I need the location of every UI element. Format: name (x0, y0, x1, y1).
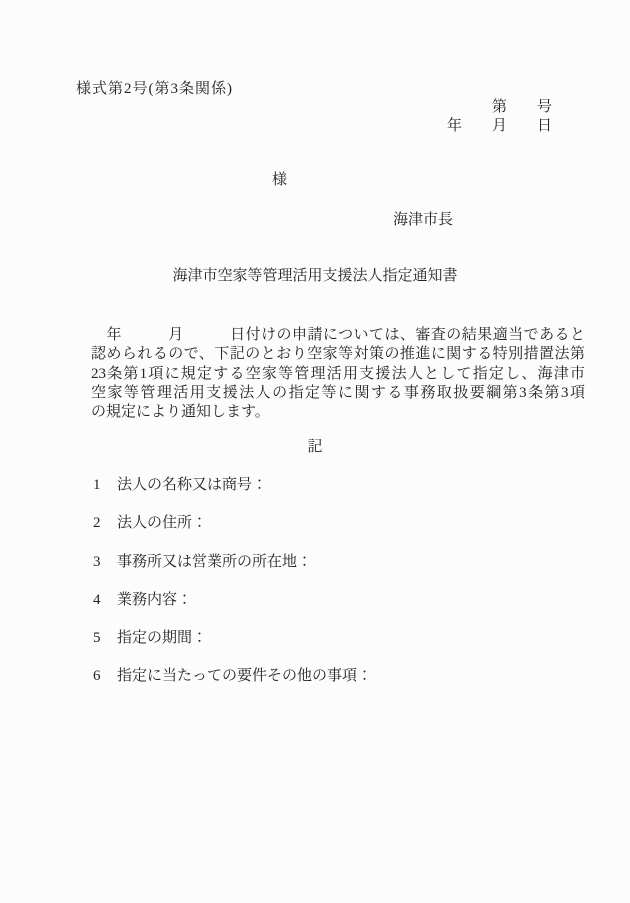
body-paragraph: 年 月 日付けの申請については、審査の結果適当であると 認められるので、下記のと… (91, 326, 585, 422)
document-number-placeholder: 第 号 (492, 99, 552, 115)
document-title: 海津市空家等管理活用支援法人指定通知書 (0, 268, 630, 284)
issue-date-placeholder: 年 月 日 (447, 118, 552, 134)
item-label: 業務内容： (117, 592, 192, 608)
list-item: 6指定に当たっての要件その他の事項： (93, 668, 372, 706)
item-number: 2 (93, 515, 117, 531)
list-item: 4業務内容： (93, 592, 372, 630)
item-label: 法人の住所： (117, 515, 207, 531)
items-list: 1法人の名称又は商号： 2法人の住所： 3事務所又は営業所の所在地： 4業務内容… (93, 477, 372, 707)
sender-mayor-name: 海津市長 (393, 212, 453, 228)
item-number: 3 (93, 554, 117, 570)
item-label: 指定に当たっての要件その他の事項： (117, 668, 372, 684)
body-line: 年 月 日付けの申請については、審査の結果適当であると (91, 326, 585, 345)
form-number-label: 様式第2号(第3条関係) (76, 81, 233, 97)
item-number: 4 (93, 592, 117, 608)
item-label: 指定の期間： (117, 630, 207, 646)
list-item: 1法人の名称又は商号： (93, 477, 372, 515)
body-line: 23条第1項に規定する空家等管理活用支援法人として指定し、海津市 (91, 365, 585, 384)
body-line: の規定により通知します。 (91, 403, 585, 422)
list-item: 2法人の住所： (93, 515, 372, 553)
body-line: 認められるので、下記のとおり空家等対策の推進に関する特別措置法第 (91, 345, 585, 364)
item-label: 事務所又は営業所の所在地： (117, 554, 312, 570)
list-item: 5指定の期間： (93, 630, 372, 668)
addressee-honorific: 様 (272, 172, 287, 188)
body-line: 空家等管理活用支援法人の指定等に関する事務取扱要綱第3条第3項 (91, 384, 585, 403)
item-number: 1 (93, 477, 117, 493)
list-item: 3事務所又は営業所の所在地： (93, 554, 372, 592)
item-number: 6 (93, 668, 117, 684)
document-page: { "document": { "form_label": "様式第2号(第3条… (0, 0, 630, 903)
item-label: 法人の名称又は商号： (117, 477, 267, 493)
item-number: 5 (93, 630, 117, 646)
ki-section-marker: 記 (0, 439, 630, 455)
